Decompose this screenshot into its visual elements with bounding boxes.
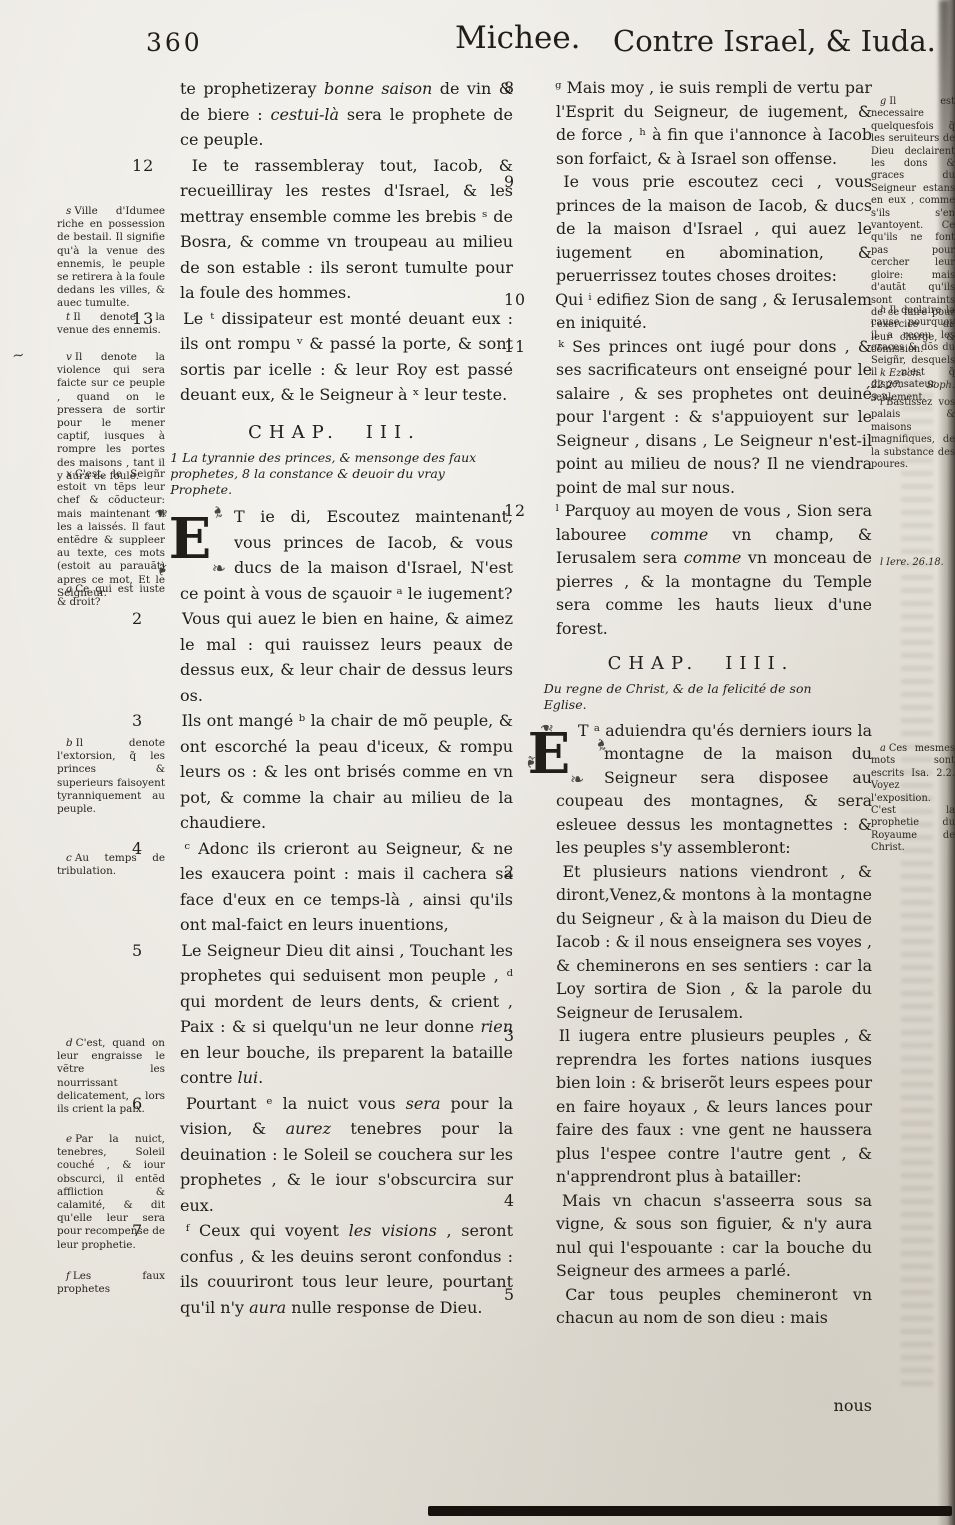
verse-with-dropcap: ❧ ❧ ❧ ❧ E T ᵃ aduiendra qu'és derniers i… — [530, 719, 872, 860]
verse-number: 9 — [530, 170, 550, 194]
verse-continuation: te prophetizeray bonne saison de vin & d… — [156, 76, 513, 153]
verse: 11 ᵏ Ses princes ont iugé pour dons , & … — [530, 335, 872, 500]
dropcap-initial: ❧ ❧ ❧ ❧ E — [156, 507, 224, 575]
verse: 9 Ie vous prie escoutez ceci , vous prin… — [530, 170, 872, 288]
verse-number: 5 — [156, 938, 176, 964]
text-column-right: 8 ᵍ Mais moy , ie suis rempli de vertu p… — [530, 76, 872, 1330]
margin-note: xC'est, le Seigñr estoit vn tẽps leur ch… — [57, 468, 165, 600]
margin-note: sVille d'Idumee riche en possession de b… — [57, 205, 165, 311]
verso-bleedthrough — [901, 380, 933, 1390]
verse-number: 12 — [156, 153, 176, 179]
woodcut-ornament-icon: ❧ — [212, 561, 226, 578]
verse: 12 Ie te rassembleray tout, Iacob, & rec… — [156, 153, 513, 306]
verse: 2 Vous qui auez le bien en haine, & aime… — [156, 606, 513, 708]
margin-note: cAu temps de tribulation. — [57, 852, 165, 878]
verse-number: 5 — [530, 1283, 550, 1307]
margin-note: tIl denote la venue des ennemis. — [57, 311, 165, 337]
verse: 6 Pourtant ᵉ la nuict vous sera pour la … — [156, 1091, 513, 1219]
chapter-argument: Du regne de Christ, & de la felicité de … — [544, 681, 859, 713]
verse: 3 Il iugera entre plusieurs peuples , & … — [530, 1024, 872, 1189]
verse-number: 10 — [530, 288, 550, 312]
corner-smudge — [939, 0, 949, 320]
verse: 8 ᵍ Mais moy , ie suis rempli de vertu p… — [530, 76, 872, 170]
verse: 10 Qui ⁱ edifiez Sion de sang , & Ierusa… — [530, 288, 872, 335]
margin-note: aCe qui est iuste & droit? — [57, 583, 165, 609]
reader-pen-mark: ~ — [11, 345, 26, 365]
verse: 12 ˡ Parquoy au moyen de vous , Sion ser… — [530, 499, 872, 640]
dropcap-initial: ❧ ❧ ❧ ❧ E — [530, 722, 594, 786]
chapter-argument: 1 La tyrannie des princes, & mensonge de… — [170, 450, 498, 498]
margin-note: ePar la nuict, tenebres, Soleil couché ,… — [57, 1133, 165, 1252]
verse-number: 3 — [156, 708, 176, 734]
margin-note: vIl denote la violence qui sera faicte s… — [57, 351, 165, 483]
page-number: 360 — [146, 28, 203, 57]
verse: 3 Ils ont mangé ᵇ la chair de mõ peuple,… — [156, 708, 513, 836]
chapter-3-block: CHAP.III. 1 La tyrannie des princes, & m… — [156, 420, 513, 499]
verse: 13 Le ᵗ dissipateur est monté deuant eux… — [156, 306, 513, 408]
chapter-heading: CHAP.III. — [156, 420, 513, 446]
verse: 4 Mais vn chacun s'asseerra sous sa vign… — [530, 1189, 872, 1283]
verse-number: 4 — [530, 1189, 550, 1213]
verse-number: 2 — [156, 606, 176, 632]
verse-number: 3 — [530, 1024, 550, 1048]
margin-note: fLes faux prophetes — [57, 1270, 165, 1296]
chapter-4-block: CHAP.IIII. Du regne de Christ, & de la f… — [530, 652, 872, 713]
verse: 2 Et plusieurs nations viendront , & dir… — [530, 860, 872, 1025]
verse: 5 Le Seigneur Dieu dit ainsi , Touchant … — [156, 938, 513, 1091]
verse: 5 Car tous peuples chemineront vn chacun… — [530, 1283, 872, 1330]
scanned-bible-page: 360 Michee. Contre Israel, & Iuda. te pr… — [0, 0, 955, 1525]
verse-with-dropcap: ❧ ❧ ❧ ❧ E T ie di, Escoutez maintenant, … — [156, 504, 513, 606]
verse-number: 11 — [530, 335, 550, 359]
woodcut-ornament-icon: ❧ — [208, 502, 229, 521]
verse-number: 12 — [530, 499, 550, 523]
verse: 4 ᶜ Adonc ils crieront au Seigneur, & ne… — [156, 836, 513, 938]
margin-note: dC'est, quand on leur engraisse le vẽtre… — [57, 1037, 165, 1116]
verse-number: 2 — [530, 860, 550, 884]
chapter-heading: CHAP.IIII. — [530, 652, 872, 676]
scan-bottom-bar — [428, 1506, 952, 1516]
verse: 7 ᶠ Ceux qui voyent les visions , seront… — [156, 1218, 513, 1320]
catchword: nous — [782, 1396, 872, 1415]
text-column-left: te prophetizeray bonne saison de vin & d… — [156, 76, 513, 1320]
verse-number: 8 — [530, 76, 550, 100]
running-title-book: Michee. — [455, 20, 581, 56]
margin-note: bIl denote l'extorsion, q̃ les princes &… — [57, 737, 165, 816]
running-title-section: Contre Israel, & Iuda. — [613, 24, 936, 58]
